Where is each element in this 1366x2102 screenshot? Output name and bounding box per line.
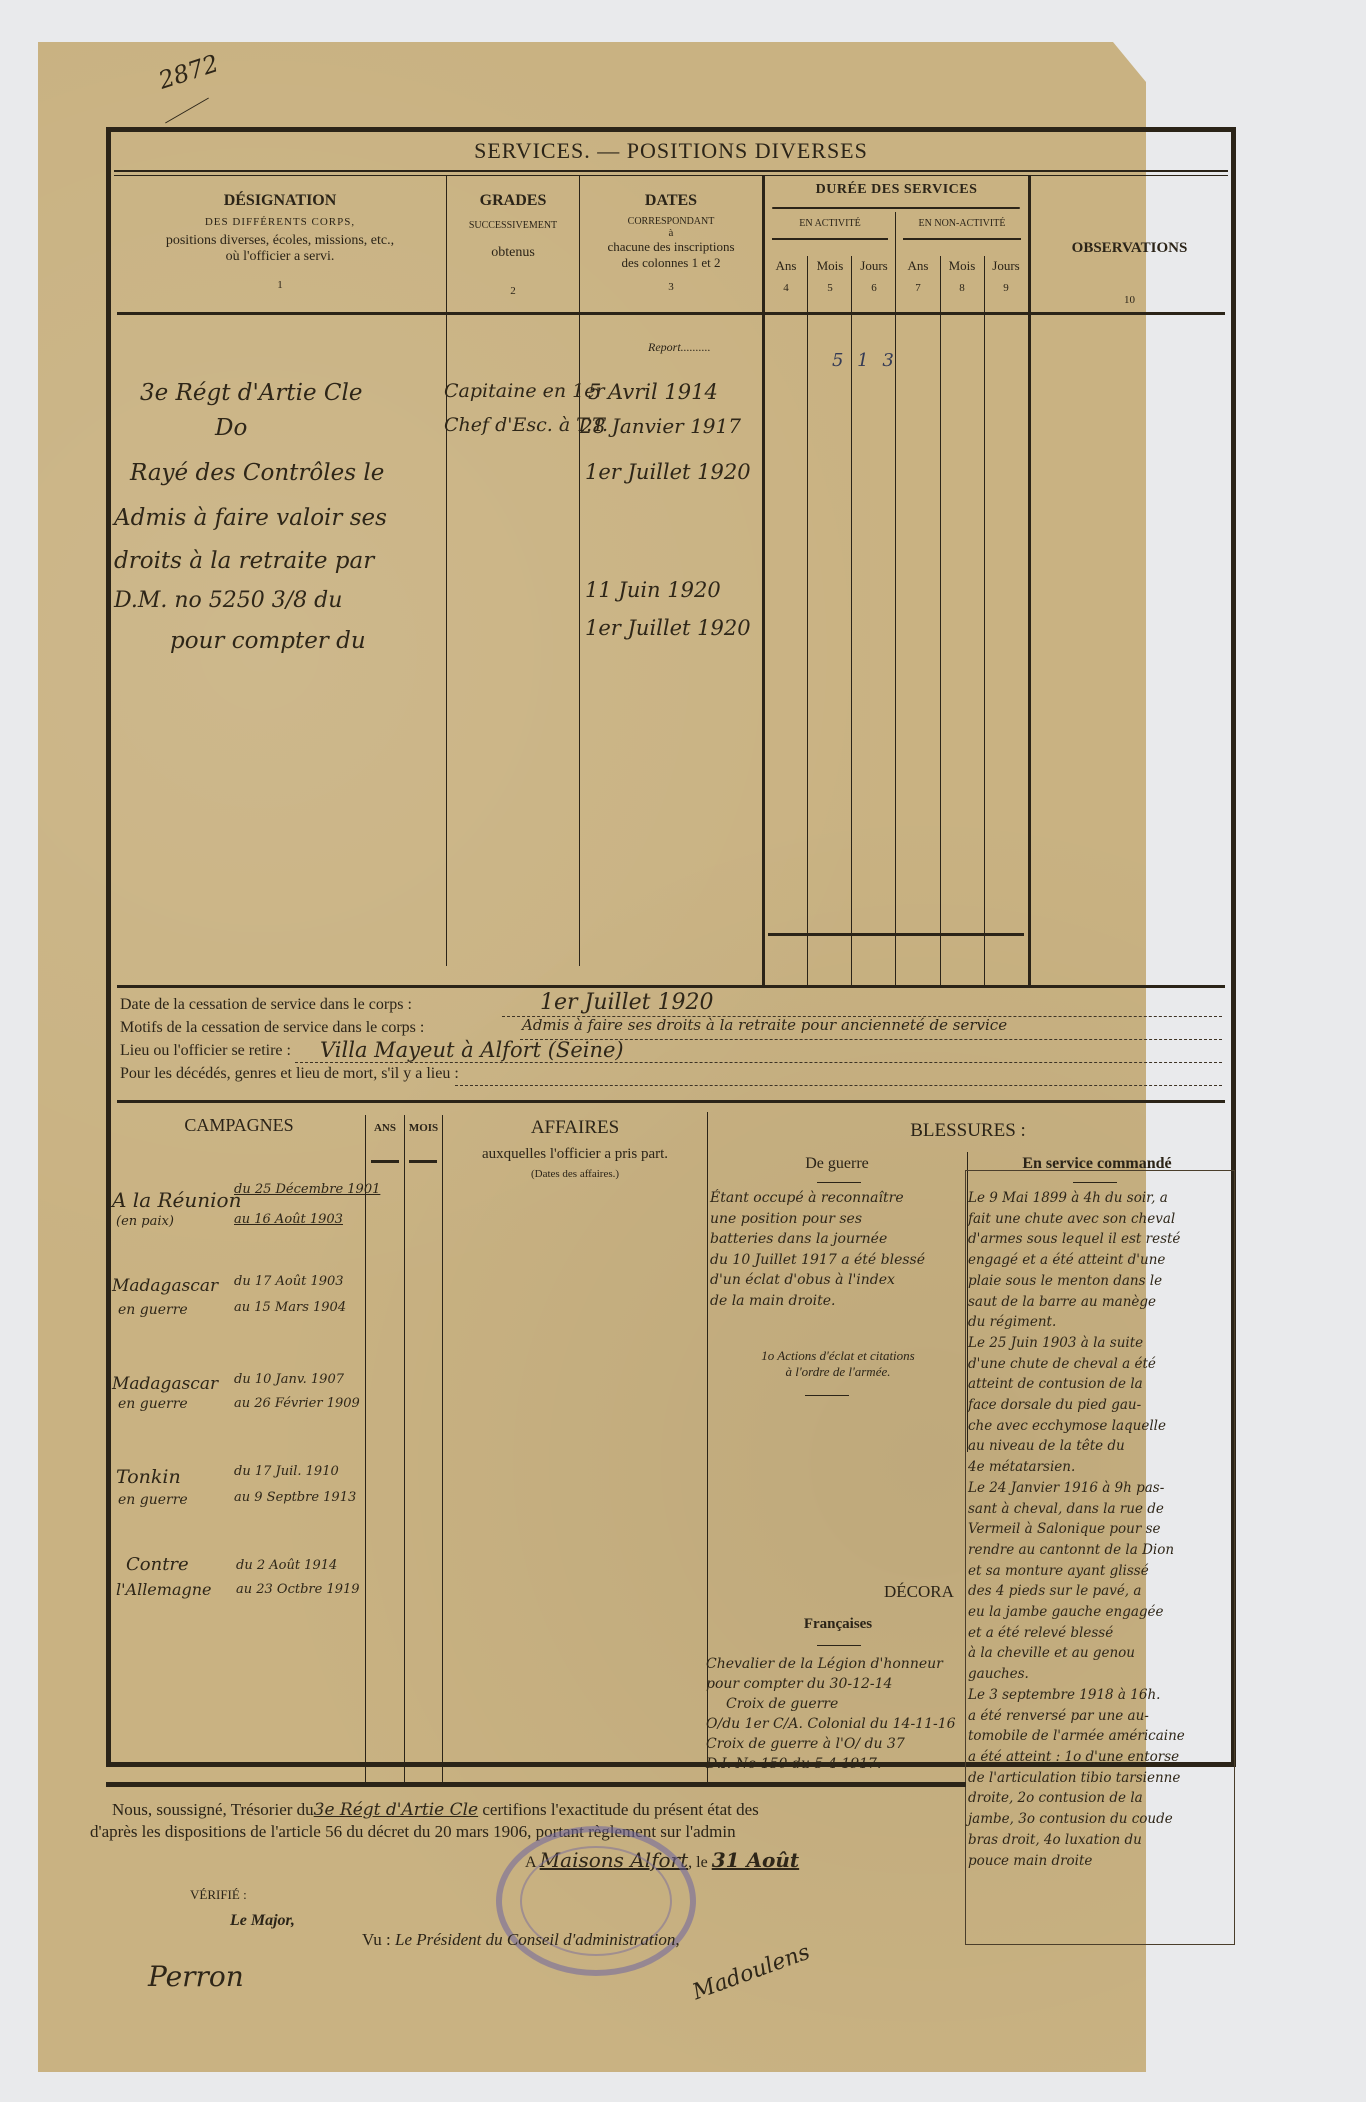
row-designation-1: 3e Régt d'Artie Cle [140, 380, 363, 406]
row-designation-3: Rayé des Contrôles le [130, 460, 384, 486]
lieu-retraite-value[interactable]: Villa Mayeut à Alfort (Seine) [320, 1038, 624, 1062]
cessation-bottom-rule [117, 1100, 1225, 1103]
cessation-date-label: Date de la cessation de service dans le … [120, 996, 412, 1014]
services-bottom-rule [117, 985, 1225, 988]
verifie-label: VÉRIFIÉ : [190, 1887, 247, 1903]
campagne-item-1: A la Réunion (en paix) du 25 Décembre 19… [112, 1180, 364, 1240]
header-non-activite: EN NON-ACTIVITÉ [896, 218, 1028, 229]
decorations-title: DÉCORA [884, 1582, 954, 1602]
blessures-title: BLESSURES : [708, 1120, 1228, 1142]
blessures-service-text: Le 9 Mai 1899 à 4h du soir, a fait une c… [968, 1188, 1232, 1871]
col-mois-2: Mois8 [940, 258, 984, 294]
header-dates-line2: à [580, 227, 762, 239]
frame-bottom-rule [106, 1782, 966, 1787]
deces-label: Pour les décédés, genres et lieu de mort… [120, 1065, 459, 1083]
campagnes-mois: MOIS [405, 1122, 442, 1134]
col-divider-7 [940, 256, 941, 986]
affaires-subtitle: auxquelles l'officier a pris part. [443, 1146, 707, 1163]
title-divider-2 [114, 175, 1228, 176]
header-grades-title: GRADES [447, 192, 579, 210]
row-date-6: 11 Juin 1920 [585, 578, 721, 602]
header-dates-line4: des colonnes 1 et 2 [580, 255, 762, 271]
duree-brace [772, 207, 1020, 209]
header-designation-line2: positions diverses, écoles, missions, et… [114, 233, 446, 249]
cessation-motifs-line [520, 1039, 1222, 1040]
francaises-underline [817, 1645, 861, 1646]
certification-regiment[interactable]: 3e Régt d'Artie Cle [314, 1800, 478, 1820]
campagne-item-4: Tonkin en guerre du 17 Juil. 1910 au 9 S… [112, 1462, 364, 1522]
row-date-7: 1er Juillet 1920 [585, 616, 751, 640]
major-label: Le Major, [230, 1912, 295, 1930]
col-jours-2: Jours9 [984, 258, 1028, 294]
certification-line2: d'après les dispositions de l'article 56… [90, 1822, 965, 1842]
totals-rule [768, 933, 1024, 936]
col-divider-8 [984, 256, 985, 986]
header-designation-line1: DES DIFFÉRENTS CORPS, [114, 216, 446, 228]
campagnes-title: CAMPAGNES [114, 1115, 364, 1136]
col-divider-2 [579, 176, 580, 966]
row-grade-1: Capitaine en 1er [444, 380, 605, 402]
header-dates-line1: CORRESPONDANT [580, 216, 762, 227]
header-grades-line2: obtenus [447, 245, 579, 261]
ans-divider [404, 1115, 405, 1785]
actions-underline [805, 1395, 849, 1396]
lieu-retraite-line [295, 1062, 1222, 1063]
de-guerre-underline [817, 1182, 861, 1183]
col-ans-2: Ans7 [896, 258, 940, 294]
col-mois-1: Mois5 [808, 258, 852, 294]
row-designation-2: Do [215, 415, 247, 441]
activite-brace [772, 238, 888, 240]
header-grades-line1: SUCCESSIVEMENT [447, 220, 579, 231]
cessation-date-value[interactable]: 1er Juillet 1920 [540, 990, 713, 1015]
header-grades: GRADES SUCCESSIVEMENT obtenus 2 [447, 192, 579, 297]
header-grades-num: 2 [447, 285, 579, 297]
mois-dash [409, 1160, 437, 1163]
campagne-item-3: Madagascar en guerre du 10 Janv. 1907 au… [112, 1370, 364, 1430]
campagne-item-5: Contre l'Allemagne du 2 Août 1914 au 23 … [112, 1552, 364, 1612]
title-divider [114, 170, 1228, 172]
header-bottom-rule [117, 312, 1225, 315]
non-activite-brace [903, 238, 1021, 240]
campagnes-divider [365, 1115, 366, 1785]
row-designation-5: droits à la retraite par [114, 548, 374, 574]
header-dates-line3: chacune des inscriptions [580, 239, 762, 255]
row-date-2: 28 Janvier 1917 [580, 414, 741, 438]
mois-divider [442, 1115, 443, 1785]
col-jours-1: Jours6 [852, 258, 896, 294]
header-designation-line3: où l'officier a servi. [114, 249, 446, 265]
affaires-title: AFFAIRES [443, 1117, 707, 1139]
row-designation-7: pour compter du [170, 628, 366, 654]
decorations-text: Chevalier de la Légion d'honneur pour co… [706, 1654, 968, 1774]
page-title: SERVICES. — POSITIONS DIVERSES [114, 138, 1228, 164]
header-dates: DATES CORRESPONDANT à chacune des inscri… [580, 192, 762, 293]
certification-line1: Nous, soussigné, Trésorier du3e Régt d'A… [112, 1800, 759, 1820]
deces-line [455, 1085, 1222, 1086]
affaires-note: (Dates des affaires.) [443, 1168, 707, 1180]
header-dates-title: DATES [580, 192, 762, 210]
major-signature: Perron [148, 1960, 244, 1993]
blessures-de-guerre-label: De guerre [708, 1155, 966, 1173]
col-divider-6 [895, 212, 896, 986]
header-observations: OBSERVATIONS [1031, 240, 1228, 257]
row-date-3: 1er Juillet 1920 [585, 460, 751, 484]
cessation-motifs-label: Motifs de la cessation de service dans l… [120, 1019, 424, 1037]
header-duree-title: DURÉE DES SERVICES [765, 182, 1028, 198]
decorations-francaises-label: Françaises [710, 1616, 966, 1633]
vu-president-label: Vu : Le Président du Conseil d'administr… [362, 1930, 680, 1950]
header-designation: DÉSIGNATION DES DIFFÉRENTS CORPS, positi… [114, 192, 446, 291]
duree-subcolumns: Ans4 Mois5 Jours6 Ans7 Mois8 Jours9 [765, 258, 1028, 308]
row-date-1: 5 Avril 1914 [588, 380, 718, 404]
cessation-motifs-value[interactable]: Admis à faire ses droits à la retraite p… [522, 1016, 1007, 1034]
header-dates-num: 3 [580, 281, 762, 293]
row-designation-6: D.M. no 5250 3/8 du [114, 588, 342, 613]
report-value: 5 1 3 [832, 350, 898, 371]
ans-dash [371, 1160, 399, 1163]
header-observations-num: 10 [1031, 294, 1228, 306]
blessures-de-guerre-text: Étant occupé à reconnaître une position … [710, 1188, 966, 1311]
col-ans-1: Ans4 [765, 258, 807, 294]
report-label: Report.......... [648, 340, 711, 355]
header-activite: EN ACTIVITÉ [765, 218, 895, 229]
lieu-retraite-label: Lieu ou l'officier se retire : [120, 1042, 291, 1060]
header-designation-title: DÉSIGNATION [114, 192, 446, 210]
col-divider-4 [807, 256, 808, 986]
campagnes-ans: ANS [366, 1122, 404, 1134]
header-designation-num: 1 [114, 279, 446, 291]
certification-date[interactable]: 31 Août [712, 1848, 799, 1872]
campagne-item-2: Madagascar en guerre du 17 Août 1903 au … [112, 1272, 364, 1332]
actions-eclat: 1o Actions d'éclat et citations à l'ordr… [710, 1348, 966, 1380]
row-designation-4: Admis à faire valoir ses [114, 505, 387, 531]
